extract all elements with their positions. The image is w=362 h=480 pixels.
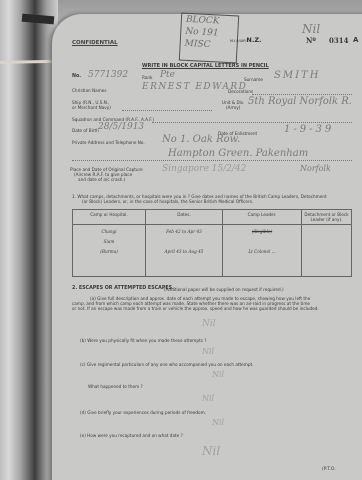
leader-row-1: (illegible) (225, 227, 299, 237)
cell-camp: Changi Siam (Burma) (73, 225, 146, 277)
annotation-top: Nil (302, 22, 320, 36)
capture-value: Singapore 15/2/42 (162, 164, 246, 174)
pto-label: (P.T.O. (322, 467, 336, 472)
number-label: Nº (306, 36, 316, 45)
unit-value: 5th Royal Norfolk R. (248, 96, 352, 107)
form-heading: WRITE IN BLOCK CAPITAL LETTERS IN PENCIL (142, 63, 269, 69)
form-reference: M.I.9/IAP/N.Z. (230, 36, 262, 44)
leader-row-3: Lt Colonel ... (225, 247, 299, 257)
form-suffix: A (353, 36, 358, 44)
table-row: Changi Siam (Burma) Feb 42 to Apr 43 Apr… (73, 225, 352, 277)
squadron-line (152, 122, 352, 123)
question-2d: (d) Give briefly your experiences during… (80, 410, 206, 415)
answer-2c: Nil (212, 370, 224, 379)
decorations-line (252, 94, 352, 95)
section-2-title: 2. ESCAPES OR ATTEMPTED ESCAPES. (72, 286, 174, 291)
question-2e: (e) How were you recaptured and on what … (80, 433, 183, 438)
address-line (72, 160, 352, 161)
cell-block-leader (302, 225, 352, 277)
surname-value: SMITH (274, 70, 320, 81)
address-line-3: Norfolk (300, 164, 331, 173)
answer-2a: Nil (202, 319, 216, 329)
camp-row-1: Changi (75, 227, 143, 237)
decorations-label: Decorations (228, 89, 253, 94)
binder-strip (22, 14, 55, 25)
dates-row-3: April 43 to Aug 45 (148, 247, 220, 257)
ship-line (122, 110, 212, 111)
answer-2c-followup: Nil (202, 394, 214, 403)
question-2b: (b) Were you physically fit when you mad… (80, 338, 206, 343)
header-camp: Camp or Hospital. (73, 210, 146, 225)
answer-2d: Nil (212, 418, 224, 427)
leader-row-2 (225, 237, 299, 247)
dates-row-1: Feb 42 to Apr 43 (148, 227, 220, 237)
question-1-line-2: (or Block) Leaders, or, in the case of h… (82, 199, 253, 204)
answer-2b: Nil (202, 347, 214, 356)
header-block-leader: Detachment or Block Leader (if any). (302, 210, 352, 225)
stamp-line-3: MISC (180, 38, 237, 53)
header-camp-leader: Camp Leader. (223, 210, 302, 225)
cell-camp-leader: (illegible) Lt Colonel ... (223, 225, 302, 277)
form-ref-small: M.I.9/IAP/ (230, 39, 246, 43)
classification-label: CONFIDENTIAL (72, 40, 118, 46)
question-2a-line-3: or not. If an escape was made from a tra… (72, 306, 319, 311)
answer-2e: Nil (202, 444, 220, 458)
address-line-1: No 1. Oak Row. (162, 134, 240, 145)
dob-label: Date of Birth (72, 128, 99, 133)
no-label: No. (72, 74, 81, 79)
unit-label-2: (Army) (226, 105, 240, 110)
rank-value: Pte (160, 70, 175, 80)
ship-label-2: or Merchant Navy) (72, 105, 111, 110)
file-binder (0, 0, 58, 480)
dates-row-2 (148, 237, 220, 247)
camps-table: Camp or Hospital. Dates. Camp Leader. De… (72, 209, 352, 277)
christian-names-label: Christian Names (72, 88, 107, 93)
rank-label: Rank (142, 75, 152, 80)
question-2c: (c) Give regimental particulars of any o… (80, 362, 253, 367)
enlistment-value: 1-9-39 (284, 124, 334, 135)
table-header-row: Camp or Hospital. Dates. Camp Leader. De… (73, 210, 352, 225)
dob-value: 28/5/1913 (98, 122, 144, 132)
cell-dates: Feb 42 to Apr 43 April 43 to Aug 45 (146, 225, 223, 277)
document-page: BLOCK No 191 MISC Nil CONFIDENTIAL M.I.9… (52, 14, 362, 480)
address-label: Private Address and Telephone No. (72, 140, 145, 145)
address-line-2: Hampton Green. Pakenham (168, 148, 308, 159)
camp-row-3: (Burma) (75, 247, 143, 257)
header-dates: Dates. (146, 210, 223, 225)
form-number: 0314 (329, 36, 348, 45)
no-value: 5771392 (88, 70, 128, 80)
section-2-note: (Additional paper will be supplied on re… (164, 287, 284, 292)
question-2c-followup: What happened to them ? (88, 384, 143, 389)
camp-row-2: Siam (75, 237, 143, 247)
capture-label-3: and date of a/c crash.) (78, 177, 125, 182)
form-ref: N.Z. (246, 36, 261, 44)
